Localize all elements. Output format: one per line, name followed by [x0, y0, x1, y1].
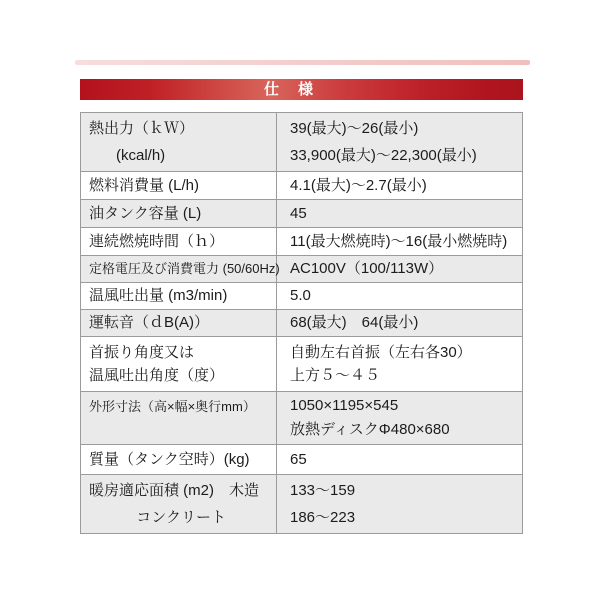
spec-label-fuel-consumption: 燃料消費量 (L/h) — [81, 172, 277, 199]
spec-label-line: 油タンク容量 (L) — [89, 202, 272, 226]
spec-row-dimensions: 外形寸法（高×幅×奥行mm） 1050×1195×545 放熱ディスクΦ480×… — [81, 391, 522, 444]
spec-table: 熱出力（ｋＷ） (kcal/h) 39(最大)～26(最小) 33,900(最大… — [80, 112, 523, 534]
spec-label-line: 定格電圧及び消費電力 (50/60Hz) — [89, 257, 272, 281]
spec-value-weight: 65 — [277, 445, 522, 474]
spec-value-line: 186～223 — [290, 504, 518, 531]
spec-row-tank-capacity: 油タンク容量 (L) 45 — [81, 199, 522, 227]
spec-value-voltage-power: AC100V（100/113W） — [277, 256, 522, 282]
spec-label-air-output: 温風吐出量 (m3/min) — [81, 283, 277, 309]
spec-value-line: 133～159 — [290, 477, 518, 504]
spec-value-line: 放熱ディスクΦ480×680 — [290, 418, 518, 442]
spec-value-heat-output: 39(最大)～26(最小) 33,900(最大)～22,300(最小) — [277, 113, 522, 171]
spec-label-line: 暖房適応面積 (m2) 木造 — [89, 477, 272, 504]
spec-label-line: 熱出力（ｋＷ） — [89, 115, 272, 142]
spec-value-line: 65 — [290, 448, 518, 472]
spec-header-title: 仕 様 — [264, 79, 315, 100]
spec-value-line: 45 — [290, 202, 518, 226]
spec-label-line: 質量（タンク空時）(kg) — [89, 448, 272, 472]
spec-label-burn-time: 連続燃焼時間（ｈ） — [81, 228, 277, 255]
spec-value-line: AC100V（100/113W） — [290, 257, 518, 281]
spec-row-heat-output: 熱出力（ｋＷ） (kcal/h) 39(最大)～26(最小) 33,900(最大… — [81, 113, 522, 171]
spec-row-fuel-consumption: 燃料消費量 (L/h) 4.1(最大)～2.7(最小) — [81, 171, 522, 199]
spec-header-bar: 仕 様 — [80, 79, 523, 100]
spec-label-operating-noise: 運転音（ｄB(A)） — [81, 310, 277, 336]
spec-value-tank-capacity: 45 — [277, 200, 522, 227]
spec-row-burn-time: 連続燃焼時間（ｈ） 11(最大燃焼時)～16(最小燃焼時) — [81, 227, 522, 255]
spec-label-line: 燃料消費量 (L/h) — [89, 174, 272, 198]
spec-label-swing-angle: 首振り角度又は 温風吐出角度（度） — [81, 337, 277, 391]
spec-label-line: 運転音（ｄB(A)） — [89, 311, 272, 335]
spec-label-weight: 質量（タンク空時）(kg) — [81, 445, 277, 474]
spec-value-line: 1050×1195×545 — [290, 394, 518, 418]
spec-value-dimensions: 1050×1195×545 放熱ディスクΦ480×680 — [277, 392, 522, 444]
spec-value-line: 5.0 — [290, 284, 518, 308]
spec-value-line: 4.1(最大)～2.7(最小) — [290, 174, 518, 198]
spec-label-line: (kcal/h) — [116, 142, 272, 169]
spec-value-line: 上方５～４５ — [290, 364, 518, 387]
spec-value-burn-time: 11(最大燃焼時)～16(最小燃焼時) — [277, 228, 522, 255]
spec-value-air-output: 5.0 — [277, 283, 522, 309]
spec-label-line: 連続燃焼時間（ｈ） — [89, 230, 272, 254]
spec-value-heating-area: 133～159 186～223 — [277, 475, 522, 533]
spec-label-line: 首振り角度又は — [89, 341, 272, 364]
spec-value-swing-angle: 自動左右首振（左右各30） 上方５～４５ — [277, 337, 522, 391]
spec-label-tank-capacity: 油タンク容量 (L) — [81, 200, 277, 227]
spec-label-line: 温風吐出角度（度） — [89, 364, 272, 387]
spec-value-line: 33,900(最大)～22,300(最小) — [290, 142, 518, 169]
spec-label-line: 外形寸法（高×幅×奥行mm） — [89, 395, 272, 419]
spec-row-voltage-power: 定格電圧及び消費電力 (50/60Hz) AC100V（100/113W） — [81, 255, 522, 282]
spec-label-dimensions: 外形寸法（高×幅×奥行mm） — [81, 392, 277, 444]
spec-row-weight: 質量（タンク空時）(kg) 65 — [81, 444, 522, 474]
spec-label-line: コンクリート — [89, 504, 272, 531]
spec-row-heating-area: 暖房適応面積 (m2) 木造 コンクリート 133～159 186～223 — [81, 474, 522, 533]
spec-row-air-output: 温風吐出量 (m3/min) 5.0 — [81, 282, 522, 309]
spec-label-heating-area: 暖房適応面積 (m2) 木造 コンクリート — [81, 475, 277, 533]
spec-value-fuel-consumption: 4.1(最大)～2.7(最小) — [277, 172, 522, 199]
spec-value-line: 68(最大) 64(最小) — [290, 311, 518, 335]
spec-label-voltage-power: 定格電圧及び消費電力 (50/60Hz) — [81, 256, 277, 282]
spec-value-line: 自動左右首振（左右各30） — [290, 341, 518, 364]
spec-label-line: 温風吐出量 (m3/min) — [89, 284, 272, 308]
spec-row-operating-noise: 運転音（ｄB(A)） 68(最大) 64(最小) — [81, 309, 522, 336]
spec-row-swing-angle: 首振り角度又は 温風吐出角度（度） 自動左右首振（左右各30） 上方５～４５ — [81, 336, 522, 391]
top-decoration-band — [75, 60, 530, 65]
spec-value-line: 11(最大燃焼時)～16(最小燃焼時) — [290, 230, 518, 254]
spec-value-operating-noise: 68(最大) 64(最小) — [277, 310, 522, 336]
spec-label-heat-output: 熱出力（ｋＷ） (kcal/h) — [81, 113, 277, 171]
spec-value-line: 39(最大)～26(最小) — [290, 115, 518, 142]
